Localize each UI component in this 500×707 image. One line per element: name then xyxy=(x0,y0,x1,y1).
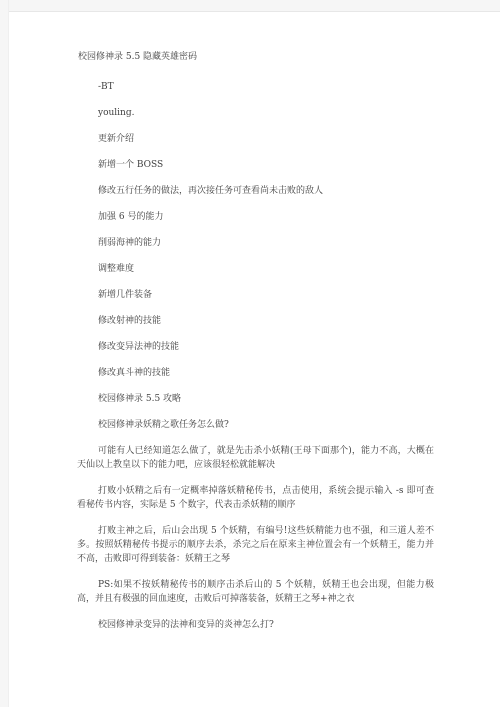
document-paragraph-five-fairies: 打败主神之后，后山会出现 5 个妖精，有编号!这些妖精能力也不强，和三道人差不多… xyxy=(77,524,434,566)
document-line-nerf-sea-god: 削弱海神的能力 xyxy=(77,236,434,250)
document-line-adjust-difficulty: 调整难度 xyxy=(77,262,434,276)
document-page: 校园修神录 5.5 隐藏英雄密码 -BT youling. 更新介绍 新增一个 … xyxy=(77,50,434,644)
document-paragraph-mutant-gods-question: 校园修神录变异的法神和变异的炎神怎么打? xyxy=(77,618,434,632)
page-left-margin-band xyxy=(0,0,9,707)
document-line-update-intro: 更新介绍 xyxy=(77,132,434,146)
document-line-youling: youling. xyxy=(77,106,434,120)
document-line-new-equipment: 新增几件装备 xyxy=(77,288,434,302)
document-line-bt: -BT xyxy=(77,80,434,94)
document-line-mutant-mage-skill: 修改变异法神的技能 xyxy=(77,340,434,354)
document-line-true-fight-god-skill: 修改真斗神的技能 xyxy=(77,366,434,380)
document-line-new-boss: 新增一个 BOSS xyxy=(77,158,434,172)
page-top-margin-band xyxy=(0,0,500,12)
document-paragraph-secret-book: 打败小妖精之后有一定概率掉落妖精秘传书，点击使用，系统会提示输入 -s 即可查看… xyxy=(77,484,434,512)
document-title: 校园修神录 5.5 隐藏英雄密码 xyxy=(77,50,434,64)
document-line-buff-no6: 加强 6 号的能力 xyxy=(77,210,434,224)
document-line-guide-heading: 校园修神录 5.5 攻略 xyxy=(77,392,434,406)
document-line-fairy-song-question: 校园修神录妖精之歌任务怎么做? xyxy=(77,418,434,432)
document-paragraph-ps-note: PS:如果不按妖精秘传书的顺序击杀后山的 5 个妖精，妖精王也会出现，但能力极高… xyxy=(77,578,434,606)
document-line-five-elements-task: 修改五行任务的做法，再次接任务可查看尚未击败的敌人 xyxy=(77,184,434,198)
document-line-archer-god-skill: 修改射神的技能 xyxy=(77,314,434,328)
document-paragraph-kill-small-fairy: 可能有人已经知道怎么做了，就是先击杀小妖精(王母下面那个)，能力不高，大概在天仙… xyxy=(77,444,434,472)
